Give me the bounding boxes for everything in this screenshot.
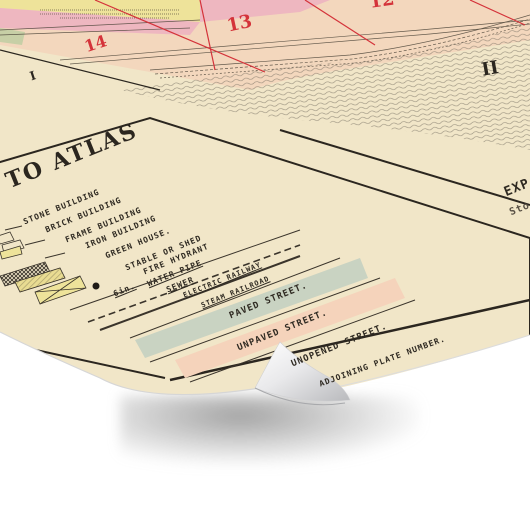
poster-artwork [0, 0, 530, 530]
poster-sheet: 14 13 12 II I EXP Sto TO ATLAS STONE BUI… [0, 0, 530, 530]
district-label: II [480, 57, 500, 81]
poster-product-photo: 14 13 12 II I EXP Sto TO ATLAS STONE BUI… [0, 0, 530, 530]
